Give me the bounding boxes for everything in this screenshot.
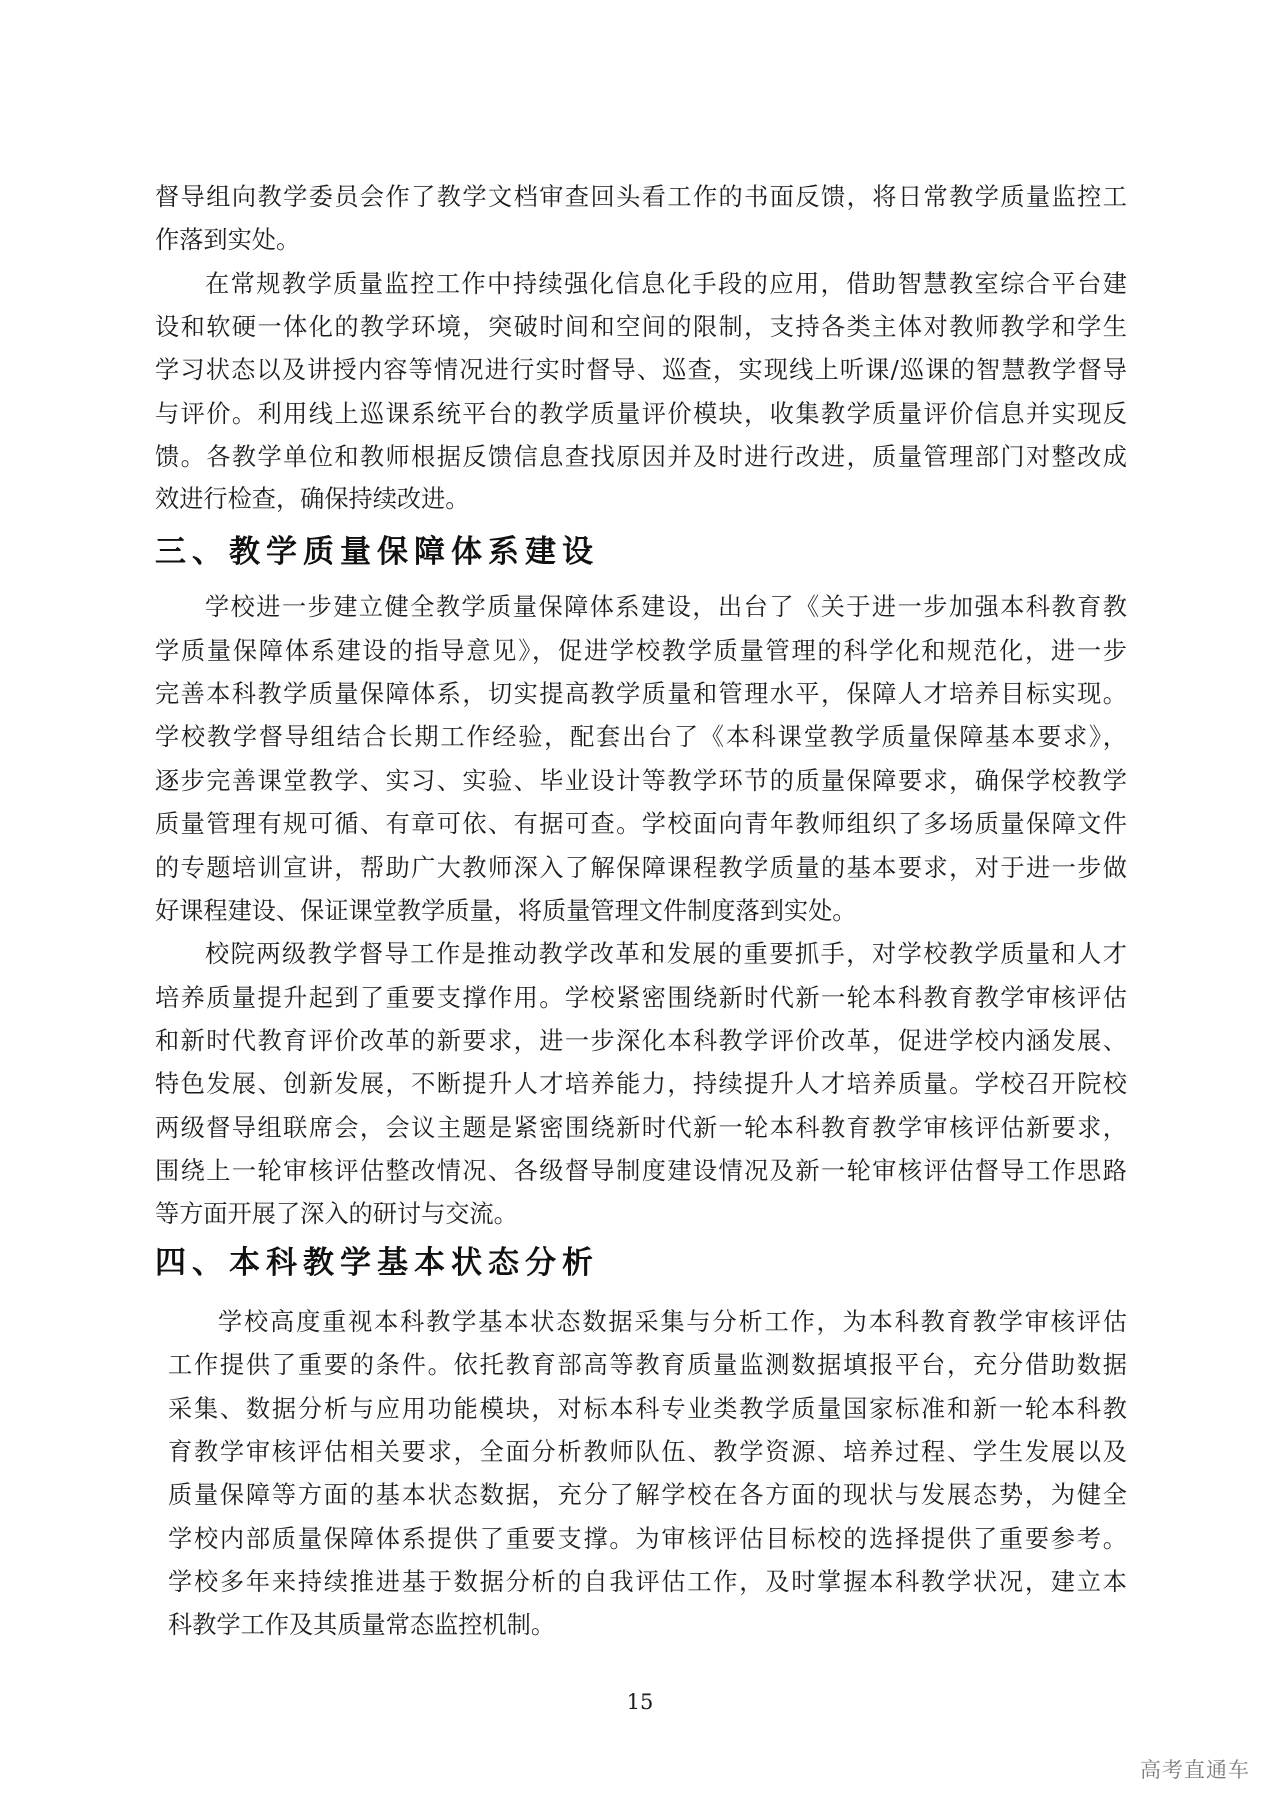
paragraph-line: 在常规教学质量监控工作中持续强化信息化手段的应用，借助智慧教室综合平台建 [155,262,1127,306]
paragraph-line: 校院两级教学督导工作是推动教学改革和发展的重要抓手，对学校教学质量和人才 [155,932,1127,976]
paragraph-line: 学校多年来持续推进基于数据分析的自我评估工作，及时掌握本科教学状况，建立本 [168,1560,1127,1604]
paragraph-line: 学校高度重视本科教学基本状态数据采集与分析工作，为本科教育教学审核评估 [168,1300,1127,1344]
paragraph-line: 学校进一步建立健全教学质量保障体系建设，出台了《关于进一步加强本科教育教 [155,585,1127,629]
paragraph-line: 馈。各教学单位和教师根据反馈信息查找原因并及时进行改进，质量管理部门对整改成 [155,435,1127,479]
paragraph-line: 质量保障等方面的基本状态数据，充分了解学校在各方面的现状与发展态势，为健全 [168,1473,1127,1517]
paragraph-line: 设和软硬一体化的教学环境，突破时间和空间的限制，支持各类主体对教师教学和学生 [155,305,1127,349]
paragraph-line: 与评价。利用线上巡课系统平台的教学质量评价模块，收集教学质量评价信息并实现反 [155,392,1127,436]
paragraph-line: 培养质量提升起到了重要支撑作用。学校紧密围绕新时代新一轮本科教育教学审核评估 [155,976,1127,1020]
paragraph-line: 学习状态以及讲授内容等情况进行实时督导、巡查，实现线上听课/巡课的智慧教学督导 [155,348,1127,392]
paragraph-line: 的专题培训宣讲，帮助广大教师深入了解保障课程教学质量的基本要求，对于进一步做 [155,846,1127,890]
paragraph-line: 工作提供了重要的条件。依托教育部高等教育质量监测数据填报平台，充分借助数据 [168,1343,1127,1387]
paragraph-line: 作落到实处。 [155,218,1127,262]
paragraph-line: 逐步完善课堂教学、实习、实验、毕业设计等教学环节的质量保障要求，确保学校教学 [155,759,1127,803]
paragraph-line: 督导组向教学委员会作了教学文档审查回头看工作的书面反馈，将日常教学质量监控工 [155,175,1127,219]
paragraph-line: 和新时代教育评价改革的新要求，进一步深化本科教学评价改革，促进学校内涵发展、 [155,1019,1127,1063]
section-heading-4: 四、本科教学基本状态分析 [155,1241,599,1285]
paragraph-line: 育教学审核评估相关要求，全面分析教师队伍、教学资源、培养过程、学生发展以及 [168,1430,1127,1474]
paragraph-line: 质量管理有规可循、有章可依、有据可查。学校面向青年教师组织了多场质量保障文件 [155,802,1127,846]
paragraph-line: 学质量保障体系建设的指导意见》，促进学校教学质量管理的科学化和规范化，进一步 [155,629,1127,673]
paragraph-line: 学校内部质量保障体系提供了重要支撑。为审核评估目标校的选择提供了重要参考。 [168,1517,1127,1561]
paragraph-line: 围绕上一轮审核评估整改情况、各级督导制度建设情况及新一轮审核评估督导工作思路 [155,1149,1127,1193]
paragraph-line: 采集、数据分析与应用功能模块，对标本科专业类教学质量国家标准和新一轮本科教 [168,1387,1127,1431]
paragraph-line: 特色发展、创新发展，不断提升人才培养能力，持续提升人才培养质量。学校召开院校 [155,1062,1127,1106]
paragraph-line: 科教学工作及其质量常态监控机制。 [168,1603,1127,1647]
document-page: 督导组向教学委员会作了教学文档审查回头看工作的书面反馈，将日常教学质量监控工 作… [0,0,1280,1811]
paragraph-line: 两级督导组联席会，会议主题是紧密围绕新时代新一轮本科教育教学审核评估新要求， [155,1106,1127,1150]
paragraph-line: 好课程建设、保证课堂教学质量，将质量管理文件制度落到实处。 [155,889,1127,933]
paragraph-line: 等方面开展了深入的研讨与交流。 [155,1192,1127,1236]
watermark-logo-text: 高考直通车 [1140,1756,1260,1784]
paragraph-line: 完善本科教学质量保障体系，切实提高教学质量和管理水平，保障人才培养目标实现。 [155,672,1127,716]
paragraph-line: 学校教学督导组结合长期工作经验，配套出台了《本科课堂教学质量保障基本要求》， [155,715,1127,759]
page-number: 15 [600,1688,680,1716]
section-heading-3: 三、教学质量保障体系建设 [155,530,599,574]
paragraph-line: 效进行检查，确保持续改进。 [155,477,1127,521]
